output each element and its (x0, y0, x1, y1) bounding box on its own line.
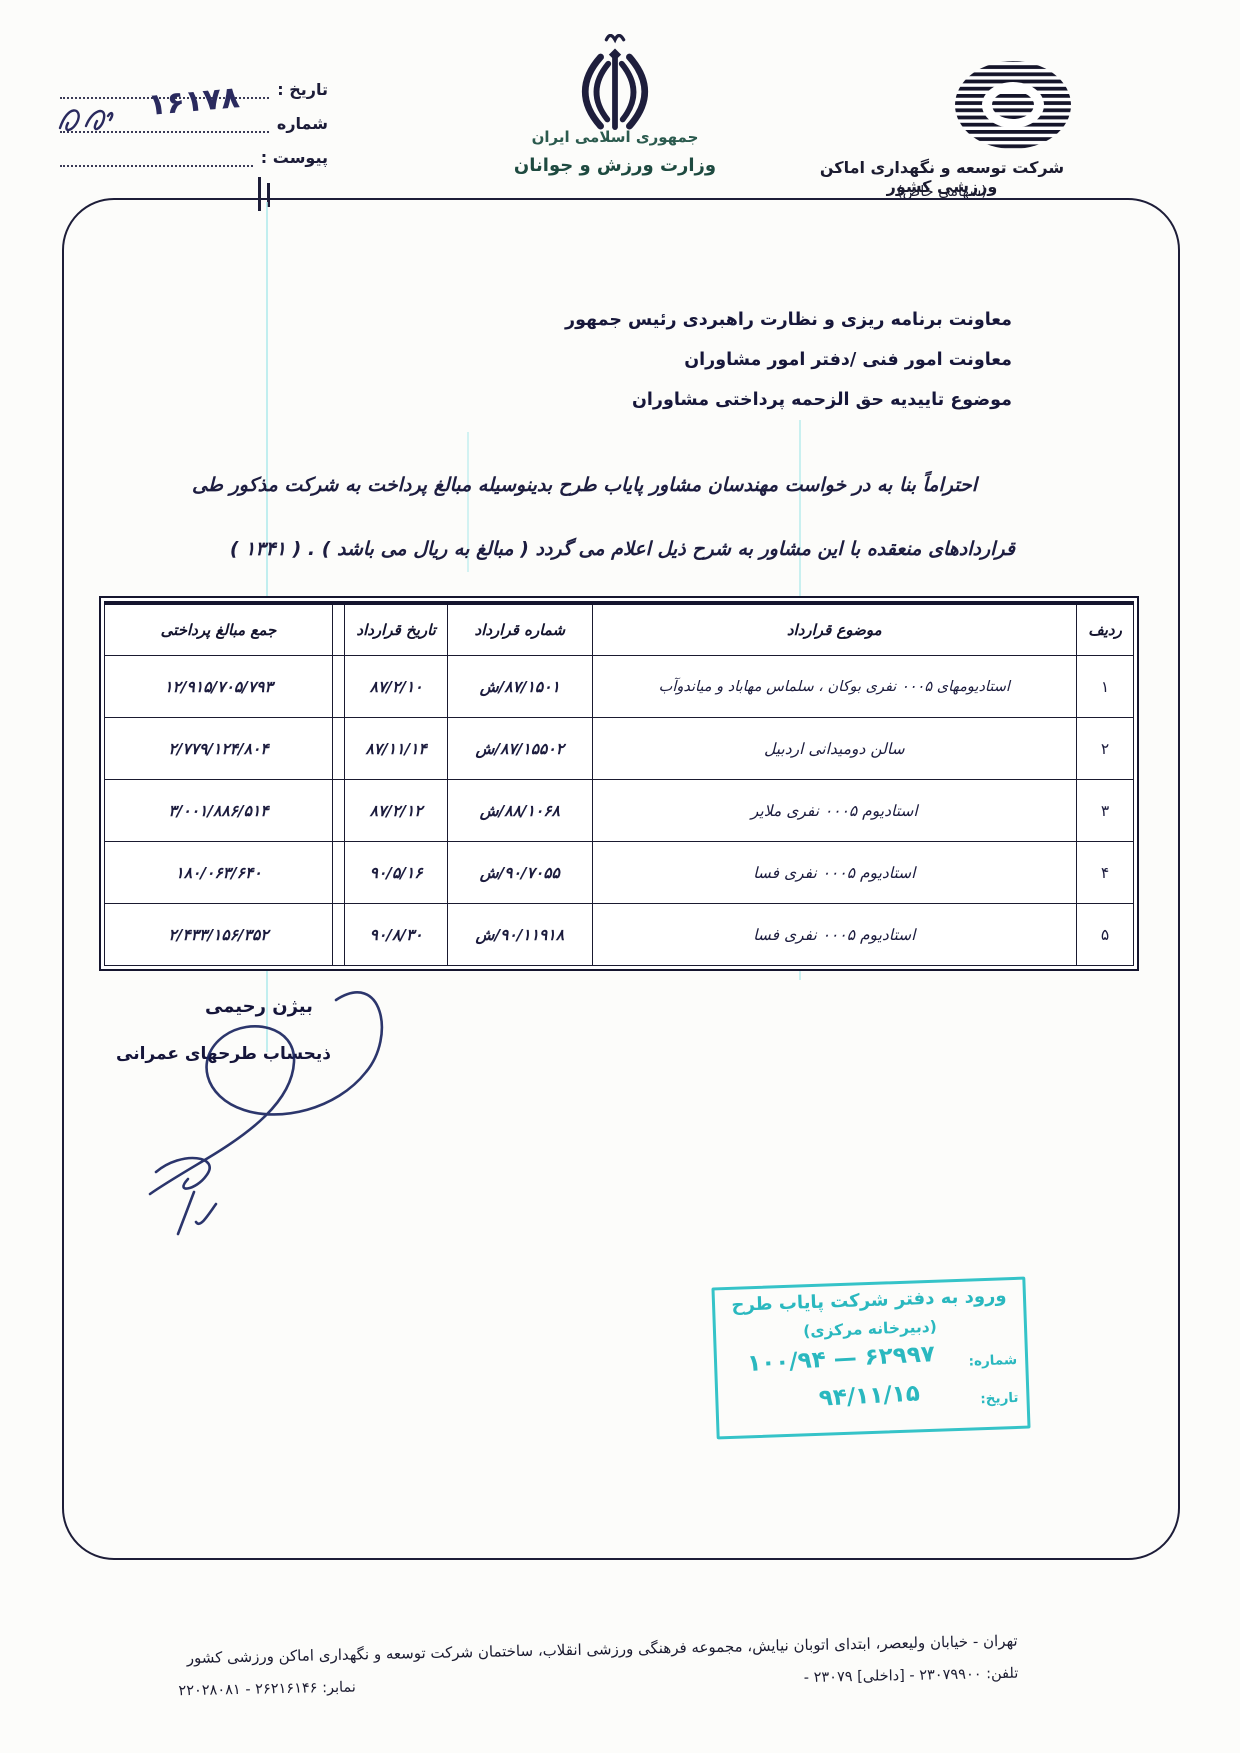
cell-contract-number: ش‎/۸۸/۱۰۶۸ (448, 780, 593, 842)
footer-phone: تلفن: ۲۳۰۷۹۹۰۰ - [داخلی] ۲۳۰۷۹ - (804, 1666, 1019, 1686)
company-logo-icon (946, 58, 1080, 156)
iran-emblem-icon (568, 34, 662, 130)
addressee-line-2: معاونت امور فنی /دفتر امور مشاوران (565, 340, 1012, 380)
cell-total-paid: ۱۲/۹۱۵/۷۰۵/۷۹۳ (105, 656, 333, 718)
scanned-letter-page: تاریخ : شماره پیوست : ۱۶۱۷۸ جمهوری اسلام… (0, 0, 1240, 1753)
header-total-paid: جمع مبالغ پرداختی (105, 603, 333, 656)
body-paragraph-line-1: احتراماً بنا به در خواست مهندسان مشاور پ… (192, 474, 977, 496)
contracts-table-frame: ردیف موضوع قرارداد شماره قرارداد تاریخ ق… (99, 596, 1139, 971)
cell-contract-date: ۸۷/۲/۱۰ (345, 656, 448, 718)
cell-contract-date: ۸۷/۱۱/۱۴ (345, 718, 448, 780)
cell-contract-number: ش‎/۸۷/۱۵۵۰۲ (448, 718, 593, 780)
fold-mark (258, 177, 261, 211)
cell-contract-number: ش‎/۸۷/۱۵۰۱ (448, 656, 593, 718)
ministry-name: وزارت ورزش و جوانان (470, 155, 760, 176)
table-header-row: ردیف موضوع قرارداد شماره قرارداد تاریخ ق… (105, 603, 1134, 656)
cell-spacer (333, 842, 345, 904)
table-row: ۴ استادیوم ‮۵۰۰۰‬ نفری فسا ش‎/۹۰/۷۰۵۵ ۹۰… (105, 842, 1134, 904)
cell-row-no: ۲ (1077, 718, 1134, 780)
cell-total-paid: ۲/۴۳۳/۱۵۶/۳۵۲ (105, 904, 333, 966)
cell-total-paid: ۳/۰۰۱/۸۸۶/۵۱۴ (105, 780, 333, 842)
cell-row-no: ۱ (1077, 656, 1134, 718)
cell-contract-date: ۹۰/۵/۱۶ (345, 842, 448, 904)
header-spacer (333, 603, 345, 656)
header-row-no: ردیف (1077, 603, 1134, 656)
country-name: جمهوری اسلامی ایران (470, 128, 760, 146)
cell-contract-date: ۸۷/۲/۱۲ (345, 780, 448, 842)
cell-contract-number: ش‎/۹۰/۱۱۹۱۸ (448, 904, 593, 966)
number-label: شماره (269, 114, 328, 133)
footer-contact-row: تلفن: ۲۳۰۷۹۹۰۰ - [داخلی] ۲۳۰۷۹ - نمابر: … (112, 1663, 1126, 1700)
stamp-date-handwritten: ۹۴/۱۱/۱۵ (774, 1378, 965, 1414)
table-row: ۵ استادیوم ‮۵۰۰۰‬ نفری فسا ش‎/۹۰/۱۱۹۱۸ ۹… (105, 904, 1134, 966)
footer-fax: نمابر: ۲۶۲۱۶۱۴۶ - ۲۲۰۲۸۰۸۱ (178, 1680, 356, 1700)
signature-scribble (98, 962, 408, 1242)
cell-total-paid: ۲/۷۷۹/۱۲۴/۸۰۴ (105, 718, 333, 780)
header-contract-date: تاریخ قرارداد (345, 603, 448, 656)
cell-subject: استادیوم ‮۵۰۰۰‬ نفری ملایر (592, 780, 1076, 842)
cell-spacer (333, 904, 345, 966)
letterhead-footer: تهران - خیابان ولیعصر، ابتدای اتوبان نیا… (112, 1629, 1127, 1700)
stamp-number-handwritten: ۱۰۰/۹۴ — ۶۲۹۹۷ (719, 1340, 964, 1379)
stamp-title: ورود به دفتر شرکت پایاب طرح (715, 1285, 1024, 1317)
subject-line: موضوع تاییدیه حق الزحمه پرداختی مشاوران (565, 380, 1012, 420)
cell-row-no: ۵ (1077, 904, 1134, 966)
cell-contract-date: ۹۰/۸/۳۰ (345, 904, 448, 966)
cell-subject: استادیوم ‮۵۰۰۰‬ نفری فسا (592, 904, 1076, 966)
cell-row-no: ۴ (1077, 842, 1134, 904)
header-subject: موضوع قرارداد (592, 603, 1076, 656)
stamp-number-label: شماره: (968, 1352, 1017, 1370)
cell-subject: استادیومهای ‮۵۰۰۰‬ نفری بوکان ، سلماس مه… (592, 656, 1076, 718)
cell-spacer (333, 718, 345, 780)
stamp-date-label: تاریخ: (980, 1390, 1019, 1407)
cell-total-paid: ۱۸۰/۰۶۳/۶۴۰ (105, 842, 333, 904)
attachment-label: پیوست : (253, 148, 328, 167)
addressee-line-1: معاونت برنامه ریزی و نظارت راهبردی رئیس … (565, 300, 1012, 340)
cell-subject: استادیوم ‮۵۰۰۰‬ نفری فسا (592, 842, 1076, 904)
entry-stamp: ورود به دفتر شرکت پایاب طرح (دبیرخانه مر… (711, 1277, 1030, 1440)
attachment-row: پیوست : (60, 148, 328, 167)
attachment-dotted-line (60, 151, 253, 167)
addressee-block: معاونت برنامه ریزی و نظارت راهبردی رئیس … (565, 300, 1012, 420)
cell-spacer (333, 656, 345, 718)
cell-subject: سالن دومیدانی اردبیل (592, 718, 1076, 780)
table-row: ۱ استادیومهای ‮۵۰۰۰‬ نفری بوکان ، سلماس … (105, 656, 1134, 718)
date-label: تاریخ : (269, 80, 328, 99)
header-contract-number: شماره قرارداد (448, 603, 593, 656)
table-row: ۳ استادیوم ‮۵۰۰۰‬ نفری ملایر ش‎/۸۸/۱۰۶۸ … (105, 780, 1134, 842)
contracts-table: ردیف موضوع قرارداد شماره قرارداد تاریخ ق… (104, 601, 1134, 966)
handwritten-scribble (52, 96, 116, 140)
table-row: ۲ سالن دومیدانی اردبیل ش‎/۸۷/۱۵۵۰۲ ۸۷/۱۱… (105, 718, 1134, 780)
cell-spacer (333, 780, 345, 842)
stamp-subtitle: (دبیرخانه مرکزی) (716, 1315, 1024, 1344)
body-paragraph-line-2: قراردادهای منعقده با این مشاور به شرح ذی… (230, 538, 1015, 560)
cell-contract-number: ش‎/۹۰/۷۰۵۵ (448, 842, 593, 904)
cell-row-no: ۳ (1077, 780, 1134, 842)
footer-address: تهران - خیابان ولیعصر، ابتدای اتوبان نیا… (112, 1629, 1126, 1668)
